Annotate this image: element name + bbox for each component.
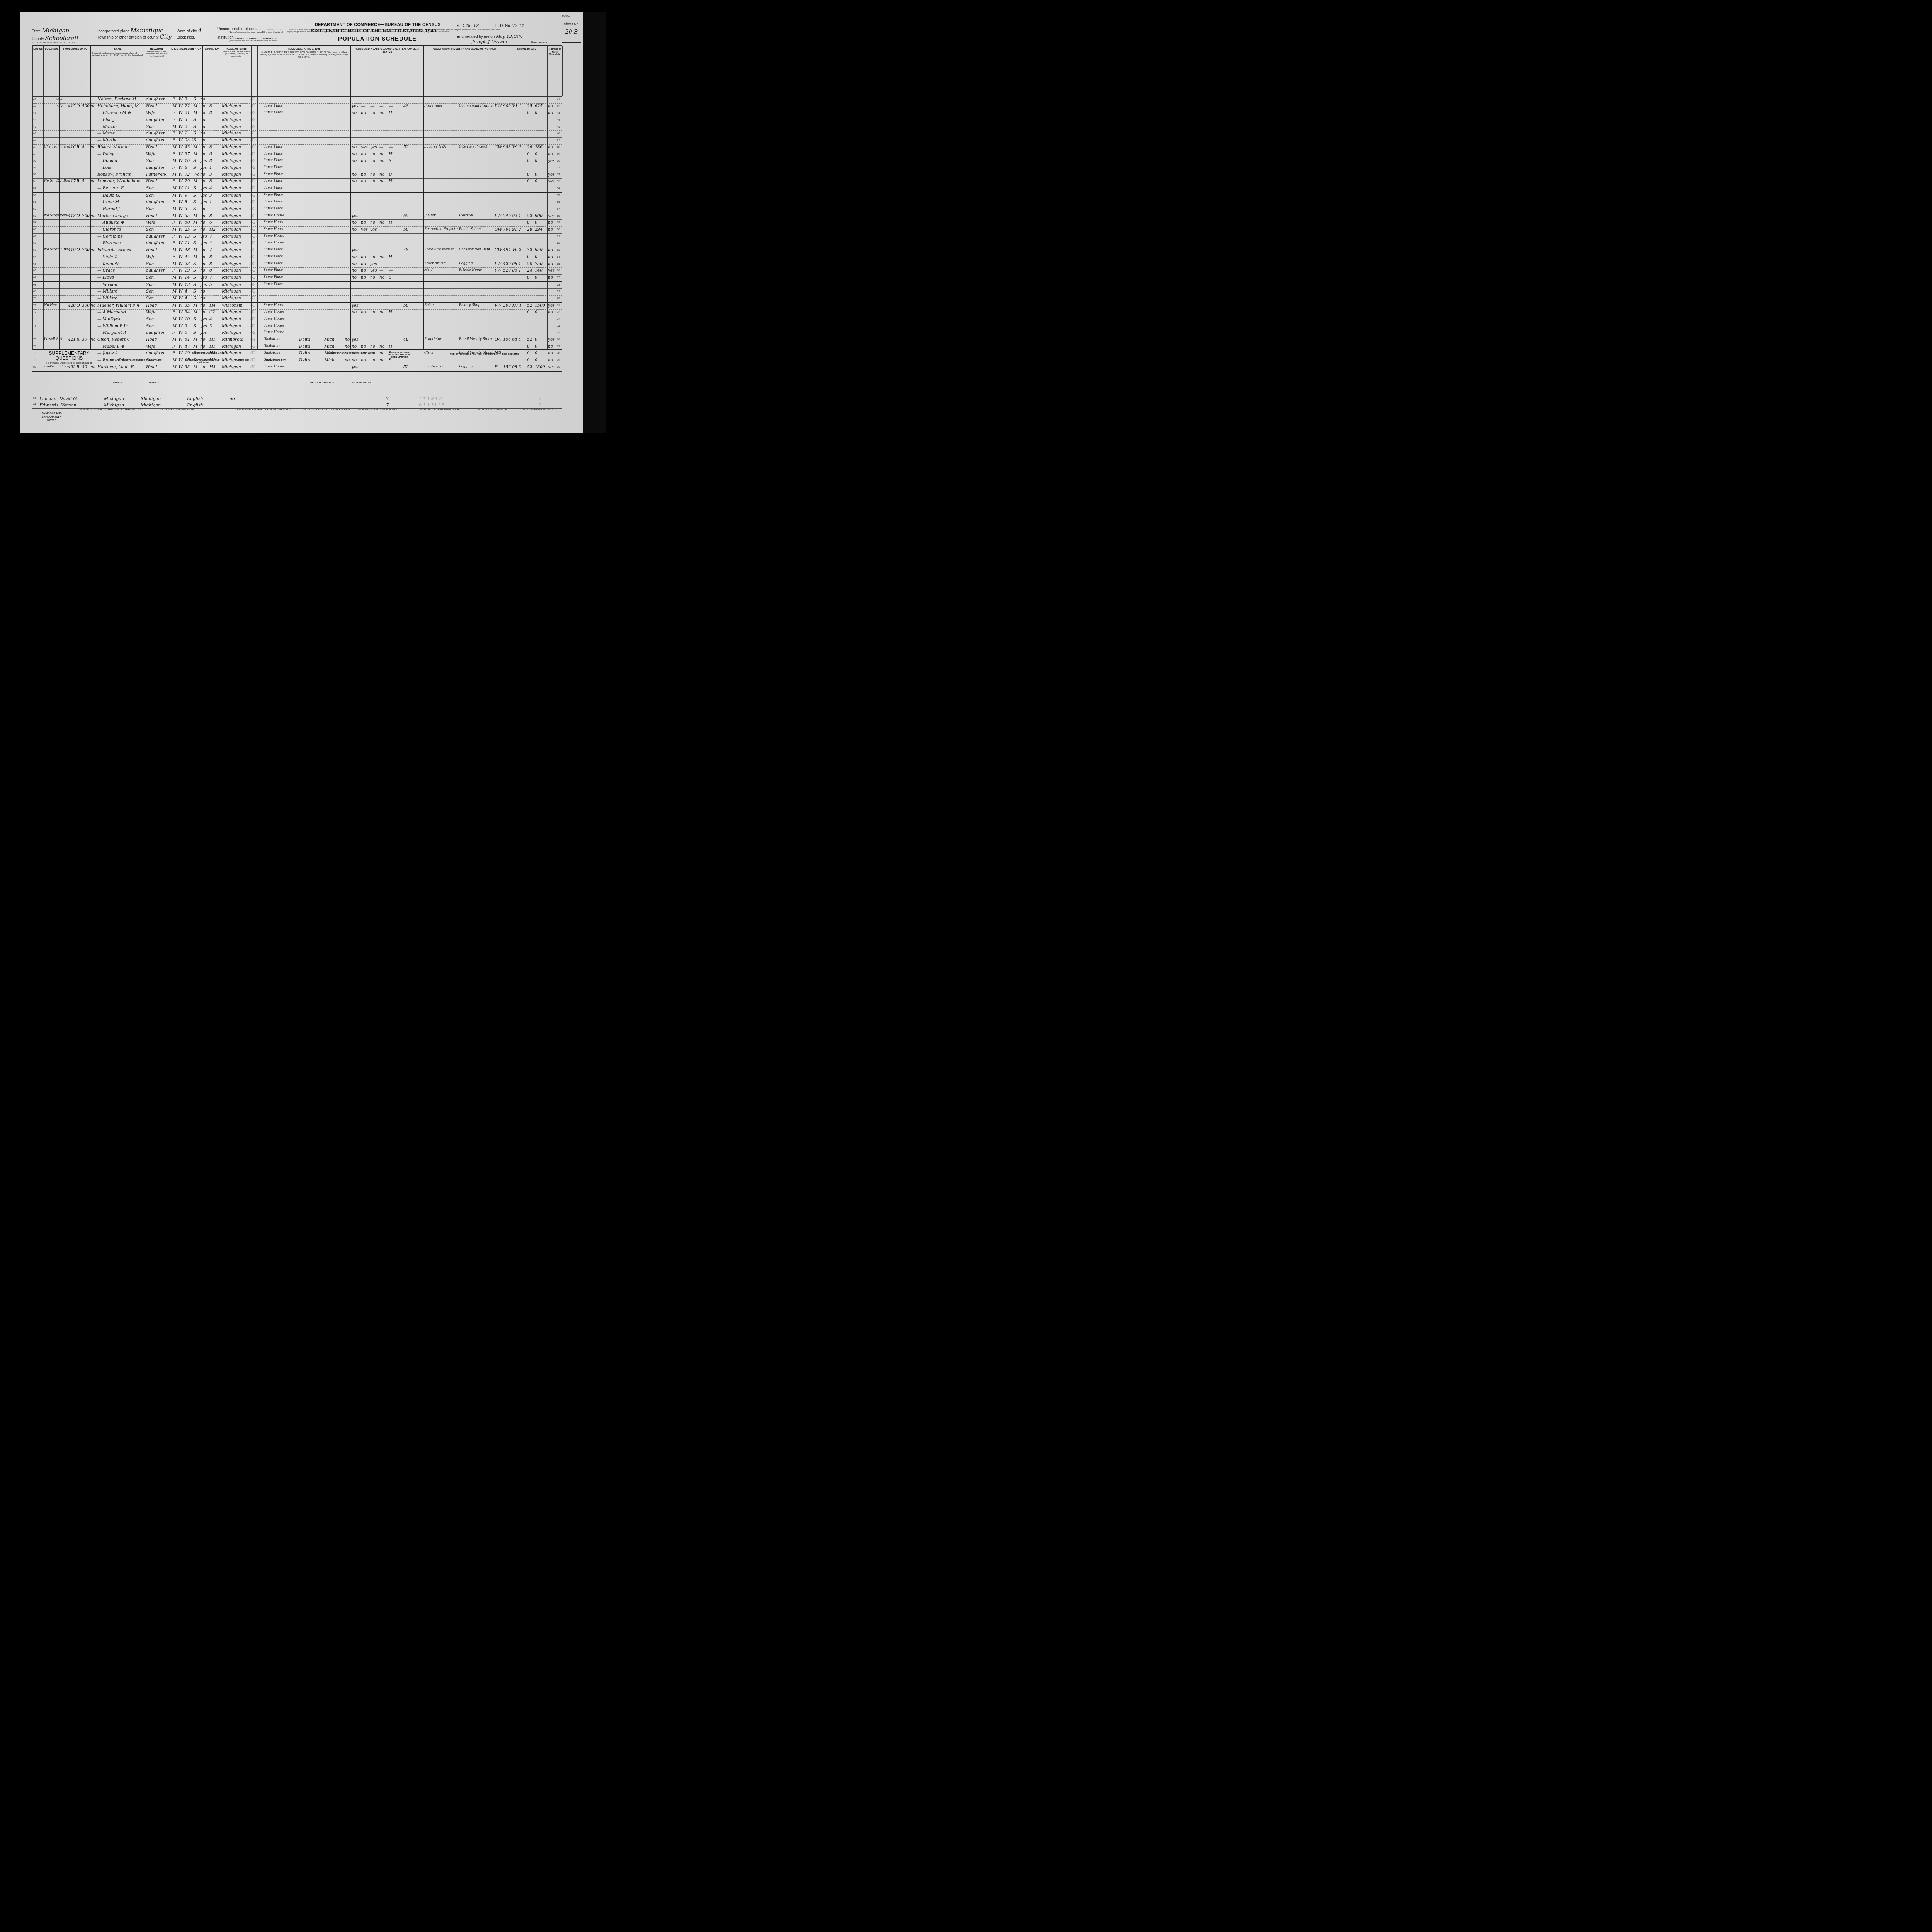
- table-row: 75— Margaret AdaughterFW6SyesMichigan62S…: [32, 330, 562, 337]
- residence-city-cell: Same Place: [264, 268, 298, 272]
- residence-city-cell: Same House: [264, 303, 298, 307]
- marital-cell: S: [193, 282, 199, 287]
- has-job-cell: no: [370, 172, 379, 177]
- table-row: 64— Viola ⊕WifeFW44Mno8Michigan62Same Pl…: [32, 254, 562, 261]
- occupation-cell: Janitor: [424, 214, 458, 218]
- relation-cell: Son: [146, 324, 168, 328]
- birthplace-cell: Michigan: [222, 344, 250, 349]
- seeking-work-cell: no: [361, 179, 370, 184]
- tenure-cell: R: [77, 179, 82, 184]
- relation-cell: Wife: [146, 152, 168, 156]
- race-cell: W: [179, 241, 184, 245]
- county-field: County Schoolcraft: [32, 35, 79, 42]
- sex-cell: M: [172, 214, 178, 218]
- line-number-right: 49: [555, 153, 562, 156]
- line-number-right: 53: [555, 180, 562, 183]
- birthplace-cell: Michigan: [222, 268, 250, 273]
- column-rule: [43, 45, 44, 350]
- birthplace-cell: Michigan: [222, 248, 250, 252]
- note-col24: Col. 24. DID THIS PERSON HAVE A JOB?: [419, 409, 460, 412]
- marital-cell: M: [193, 310, 199, 315]
- school-cell: no: [200, 138, 209, 143]
- marital-cell: M: [193, 111, 199, 115]
- industry-cell: Hospital: [459, 214, 494, 218]
- home-value-cell: 8: [82, 145, 91, 150]
- line-number-right: 45: [555, 126, 562, 128]
- weeks-worked-cell: 28: [527, 227, 535, 232]
- school-cell: no: [200, 131, 209, 136]
- relation-cell: daughter: [146, 241, 168, 245]
- race-cell: W: [179, 248, 184, 252]
- other-income-cell: no: [548, 344, 556, 349]
- name-cell: — Harold J: [97, 207, 145, 211]
- line-number-right: 62: [555, 242, 562, 245]
- residence-city-cell: Same House: [264, 220, 298, 224]
- other-income-cell: yes: [548, 268, 556, 273]
- tenure-cell: O: [77, 303, 82, 308]
- other-income-cell: no: [548, 310, 556, 315]
- enumerator-field: Joseph J. Vasson Enumerator: [472, 39, 547, 44]
- school-cell: no: [200, 255, 209, 259]
- col-occupation: OCCUPATION, INDUSTRY, AND CLASS OF WORKE…: [423, 46, 505, 96]
- name-cell: Lancour, Wendella ⊕: [97, 179, 145, 184]
- household-number-cell: 418: [68, 214, 77, 218]
- race-cell: W: [179, 97, 184, 102]
- name-cell: — Donald: [97, 158, 145, 163]
- table-body: 41contNelson, Darlene MdaughterFW3Sno624…: [32, 97, 562, 372]
- column-rule: [221, 45, 221, 350]
- grade-cell: H4: [209, 303, 216, 308]
- name-cell: — Geraldine: [97, 234, 145, 239]
- race-cell: W: [179, 310, 184, 315]
- birthplace-cell: Michigan: [222, 145, 250, 150]
- emergency-work-cell: no: [379, 344, 389, 349]
- relation-cell: daughter: [146, 117, 168, 122]
- note-col30: Col. 30. CLASS OF WORKER:: [477, 409, 507, 412]
- seeking-work-cell: no: [361, 275, 370, 280]
- school-cell: no: [200, 248, 209, 252]
- has-job-cell: no: [370, 220, 379, 225]
- name-cell: Holmberg, Henry M: [97, 104, 145, 109]
- relation-cell: Son: [146, 207, 168, 211]
- col-location: LOCATION: [43, 46, 59, 96]
- line-number-right: 43: [555, 112, 562, 114]
- occupation-code-cell: 740 92 1: [503, 214, 526, 218]
- relation-cell: Son: [146, 282, 168, 287]
- sex-cell: F: [172, 268, 178, 273]
- sex-cell: F: [172, 111, 178, 115]
- seeking-work-cell: no: [361, 310, 370, 315]
- name-cell: — Lloyd: [97, 275, 145, 280]
- sex-cell: F: [172, 138, 178, 143]
- school-cell: no: [200, 145, 209, 150]
- race-cell: W: [179, 158, 184, 163]
- sex-cell: M: [172, 324, 178, 328]
- at-work-cell: no: [352, 172, 361, 177]
- has-job-cell: —: [370, 248, 379, 252]
- symbols-title: SYMBOLS AND EXPLANATORY NOTES: [40, 412, 63, 422]
- block-field: Block Nos.: [177, 36, 195, 40]
- sex-cell: M: [172, 193, 178, 198]
- at-work-cell: yes: [352, 104, 361, 109]
- wages-cell: 1500: [535, 303, 548, 308]
- wages-cell: 0: [535, 310, 548, 315]
- wages-cell: 0: [535, 255, 548, 259]
- residence-city-cell: Same Place: [264, 172, 298, 176]
- sex-cell: M: [172, 227, 178, 232]
- table-row: 55— David G.SonMW9Syes3Michigan62Same Pl…: [32, 193, 562, 200]
- marital-cell: S: [193, 207, 199, 211]
- birthplace-cell: Michigan: [222, 234, 250, 239]
- name-cell: — A Margaret: [97, 310, 145, 315]
- wages-cell: 959: [535, 248, 548, 252]
- grade-cell: 1: [209, 165, 216, 170]
- name-cell: Edwards, Ernest: [97, 248, 145, 252]
- marital-cell: S: [193, 234, 199, 239]
- sex-cell: F: [172, 241, 178, 245]
- occupation-code-cell: 900 V1 1: [503, 104, 526, 109]
- wages-cell: 0: [535, 179, 548, 184]
- occupation-code-cell: 794 91 2: [503, 227, 526, 232]
- table-row: 68— VernonSonMW13Syes5Michigan62Same Pla…: [32, 282, 562, 289]
- race-cell: W: [179, 227, 184, 232]
- class-of-worker-cell: PW: [495, 268, 502, 273]
- occupation-code-cell: 494 V0 2: [503, 248, 526, 252]
- table-row: 58No Street numberJefferson Street418O70…: [32, 213, 562, 220]
- activity-cell: —: [389, 145, 395, 150]
- state-value: Michigan: [42, 27, 69, 34]
- seeking-work-cell: no: [361, 152, 370, 156]
- occupation-code-cell: 300 XV 1: [503, 303, 526, 308]
- table-row: 65— KennethSonMW23Sno8Michigan62Same Pla…: [32, 261, 562, 268]
- age-cell: 19: [185, 268, 193, 273]
- relation-cell: daughter: [146, 97, 168, 102]
- residence-city-cell: Same House: [264, 227, 298, 231]
- residence-city-cell: Same Place: [264, 158, 298, 162]
- line-number-right: 41: [555, 98, 562, 101]
- race-cell: W: [179, 324, 184, 328]
- industry-cell: Conservation Dept.: [459, 248, 494, 252]
- sex-cell: F: [172, 131, 178, 136]
- age-cell: 72: [185, 172, 193, 177]
- note-col16: Col. 16. CITIZENSHIP OF THE FOREIGN BORN…: [303, 409, 350, 412]
- sex-cell: F: [172, 255, 178, 259]
- office-use-heading: FOR OFFICE USE ONLY—DO NOT WRITE IN THES…: [427, 353, 543, 355]
- col-employment: PERSONS 14 YEARS OLD AND OVER—EMPLOYMENT…: [350, 46, 424, 96]
- farm-cell: no: [90, 145, 97, 150]
- has-job-cell: —: [370, 303, 379, 308]
- wages-cell: 0: [535, 344, 548, 349]
- emergency-work-cell: —: [379, 248, 389, 252]
- school-cell: no: [200, 344, 209, 349]
- relation-cell: Wife: [146, 310, 168, 315]
- has-job-cell: no: [370, 111, 379, 115]
- weeks-worked-cell: 52: [527, 337, 535, 342]
- at-work-cell: no: [352, 158, 361, 163]
- name-cell: — Mabel E ⊕: [97, 344, 145, 349]
- mother-tongue-heading: MOTHER TONGUE (OR NATIVE LANGUAGE): [185, 359, 220, 364]
- sex-cell: F: [172, 310, 178, 315]
- scan-edge: [583, 12, 606, 433]
- relation-cell: daughter: [146, 165, 168, 170]
- sex-cell: M: [172, 296, 178, 301]
- marital-cell: M: [193, 344, 199, 349]
- seeking-work-cell: no: [361, 262, 370, 266]
- relation-cell: Wife: [146, 111, 168, 115]
- race-cell: W: [179, 104, 184, 109]
- sex-cell: F: [172, 117, 178, 122]
- wages-cell: 0: [535, 152, 548, 156]
- relation-cell: Head: [146, 248, 168, 252]
- street-cell: No Street number: [44, 214, 57, 218]
- tenure-cell: O: [77, 104, 82, 109]
- home-value-cell: 700: [82, 248, 91, 252]
- explanatory-notes: SYMBOLS AND EXPLANATORY NOTES Col. 4. VA…: [32, 408, 562, 431]
- relation-cell: Son: [146, 275, 168, 280]
- line-number-right: 67: [555, 276, 562, 279]
- race-cell: W: [179, 179, 184, 184]
- at-work-cell: yes: [352, 214, 361, 218]
- sex-cell: M: [172, 124, 178, 129]
- race-cell: W: [179, 234, 184, 239]
- grade-cell: H1: [209, 344, 216, 349]
- sex-cell: M: [172, 248, 178, 252]
- age-cell: 48: [185, 248, 193, 252]
- line-number-right: 59: [555, 221, 562, 224]
- line-number-right: 76: [555, 338, 562, 341]
- sex-cell: M: [172, 262, 178, 266]
- table-row: 51— LoisdaughterFW8Syes1Michigan62Same P…: [32, 165, 562, 172]
- sex-cell: F: [172, 220, 178, 225]
- house-number-cell: 735: [56, 104, 68, 108]
- residence-county-cell: Delta: [299, 344, 323, 349]
- column-rule: [202, 45, 203, 350]
- hours-worked-cell: 48: [403, 248, 415, 252]
- relation-cell: Wife: [146, 344, 168, 349]
- has-job-cell: —: [370, 337, 379, 342]
- weeks-worked-cell: 0: [527, 255, 535, 259]
- name-cell: — Florence M ⊕: [97, 111, 145, 115]
- column-rule: [505, 45, 505, 350]
- hours-worked-cell: 50: [403, 227, 415, 232]
- has-job-cell: no: [370, 275, 379, 280]
- marital-cell: S: [193, 158, 199, 163]
- age-cell: 43: [185, 145, 193, 150]
- age-cell: 51: [185, 337, 193, 342]
- birthplace-cell: Michigan: [222, 104, 250, 109]
- at-work-cell: no: [352, 111, 361, 115]
- industry-cell: Bakery Shop: [459, 303, 494, 307]
- race-cell: W: [179, 303, 184, 308]
- house-number-cell: P.O. Box 35: [56, 248, 68, 252]
- school-cell: no: [200, 104, 209, 109]
- grade-cell: 7: [209, 234, 216, 239]
- farm-cell: no: [90, 337, 97, 342]
- weeks-worked-cell: 26: [527, 145, 535, 150]
- note-col14: Col. 14. HIGHEST GRADE OF SCHOOL COMPLET…: [237, 409, 291, 412]
- occupation-code-cell: 420 08 1: [503, 262, 526, 266]
- column-rule: [59, 45, 60, 350]
- industry-cell: City Park Project: [459, 145, 494, 149]
- occupation-code-cell: 520 86 1: [503, 268, 526, 273]
- age-cell: 55: [185, 214, 193, 218]
- line-number-right: 60: [555, 228, 562, 231]
- street-cell: No St. number: [44, 179, 57, 183]
- school-cell: yes: [200, 234, 209, 239]
- class-of-worker-cell: GW: [495, 227, 502, 232]
- grade-cell: 7: [209, 248, 216, 252]
- grade-cell: 1: [209, 200, 216, 204]
- race-cell: W: [179, 268, 184, 273]
- marital-cell: S: [193, 296, 199, 301]
- activity-cell: —: [389, 262, 395, 266]
- note-col10: Col. 10. COLOR OR RACE:: [116, 409, 143, 412]
- marital-cell: M: [193, 104, 199, 109]
- sex-cell: M: [172, 104, 178, 109]
- other-income-cell: yes: [548, 179, 556, 184]
- birthplace-cell: Michigan: [222, 282, 250, 287]
- occupation-cell: Maid: [424, 268, 458, 272]
- other-income-cell: no: [548, 262, 556, 266]
- marital-cell: S: [193, 193, 199, 198]
- industry-cell: Public School: [459, 227, 494, 231]
- emergency-work-cell: —: [379, 337, 389, 342]
- table-row: 53No St. numberP.O. Box 115417R5noLancou…: [32, 179, 562, 185]
- name-cell: Rivers, Norman: [97, 145, 145, 150]
- weeks-worked-cell: 0: [527, 111, 535, 115]
- line-number-right: 47: [555, 139, 562, 142]
- other-income-cell: no: [548, 111, 556, 115]
- home-value-cell: 30: [82, 337, 91, 342]
- house-number-cell: cont: [56, 97, 68, 101]
- name-cell: — Willard: [97, 296, 145, 301]
- line-number-right: 42: [555, 105, 562, 108]
- relation-cell: Son: [146, 193, 168, 198]
- name-cell: — Margaret A: [97, 330, 145, 335]
- sex-cell: F: [172, 97, 178, 102]
- table-row: 61— GeraldinedaughterFW13Syes7Michigan62…: [32, 234, 562, 241]
- age-cell: 6: [185, 330, 193, 335]
- line-number-right: 51: [555, 167, 562, 169]
- has-job-cell: no: [370, 179, 379, 184]
- activity-cell: H: [389, 344, 395, 349]
- name-cell: — William F Jr.: [97, 324, 145, 328]
- birthplace-cell: Michigan: [222, 138, 250, 143]
- birthplace-cell: Michigan: [222, 165, 250, 170]
- emergency-work-cell: —: [379, 268, 389, 273]
- unincorporated-field: Unincorporated place ...................…: [217, 27, 283, 34]
- residence-city-cell: Same House: [264, 324, 298, 328]
- age-cell: 2: [185, 124, 193, 129]
- birthplace-cell: Michigan: [222, 152, 250, 156]
- activity-cell: U: [389, 172, 395, 177]
- veterans-heading: VETERANS: [228, 359, 259, 362]
- line-number-right: 54: [555, 187, 562, 190]
- school-cell: yes: [200, 193, 209, 198]
- column-rule: [423, 45, 424, 350]
- age-cell: 16: [185, 158, 193, 163]
- age-cell: 9: [185, 193, 193, 198]
- birthplace-cell: Michigan: [222, 186, 250, 190]
- col-household: HOUSEHOLD DATA: [59, 46, 91, 96]
- weeks-worked-cell: 0: [527, 152, 535, 156]
- age-cell: 50: [185, 220, 193, 225]
- race-cell: W: [179, 131, 184, 136]
- school-cell: yes: [200, 241, 209, 245]
- birthplace-cell: Michigan: [222, 200, 250, 204]
- relation-cell: Wife: [146, 255, 168, 259]
- hours-worked-cell: 48: [403, 337, 415, 342]
- at-work-cell: yes: [352, 303, 361, 308]
- race-cell: W: [179, 289, 184, 294]
- has-job-cell: —: [370, 104, 379, 109]
- tenure-cell: R: [77, 337, 82, 342]
- seeking-work-cell: no: [361, 220, 370, 225]
- residence-city-cell: Same Place: [264, 275, 298, 279]
- line-number-right: 71: [555, 304, 562, 307]
- school-cell: no: [200, 310, 209, 315]
- name-cell: Olson, Robert C: [97, 337, 145, 342]
- name-cell: — Florence: [97, 241, 145, 245]
- weeks-worked-cell: 0: [527, 344, 535, 349]
- residence-city-cell: Same Place: [264, 186, 298, 190]
- birthplace-cell: Michigan: [222, 296, 250, 301]
- other-income-cell: no: [548, 255, 556, 259]
- name-cell: — Irene M: [97, 200, 145, 204]
- sex-cell: M: [172, 317, 178, 321]
- table-row: 54— Bernard ESonMW11Syes4Michigan62Same …: [32, 185, 562, 193]
- line-number-right: 58: [555, 215, 562, 218]
- age-cell: 10: [185, 317, 193, 321]
- sex-cell: M: [172, 158, 178, 163]
- industry-cell: Retail Variety Store: [459, 337, 494, 341]
- residence-city-cell: Same Place: [264, 193, 298, 197]
- farm-cell: no: [90, 248, 97, 252]
- school-cell: yes: [200, 200, 209, 204]
- weeks-worked-cell: 52: [527, 214, 535, 218]
- marital-cell: S: [193, 200, 199, 204]
- house-number-cell: no number: [56, 145, 68, 149]
- col-education: EDUCATION: [202, 46, 221, 96]
- weeks-worked-cell: 0: [527, 158, 535, 163]
- school-cell: no: [200, 337, 209, 342]
- name-cell: — Augusta ⊕: [97, 220, 145, 225]
- class-of-worker-cell: PW: [495, 214, 502, 218]
- age-cell: 3: [185, 117, 193, 122]
- weeks-worked-cell: 52: [527, 303, 535, 308]
- at-work-cell: no: [352, 220, 361, 225]
- column-rule: [350, 45, 351, 350]
- relation-cell: Father-in-law: [146, 172, 168, 177]
- occupation-cell: State Fire warden: [424, 248, 458, 252]
- table-row: 62— FlorencedaughterFW11Syes4Michigan62S…: [32, 240, 562, 247]
- name-cell: — Marie: [97, 131, 145, 136]
- name-cell: — Elva J.: [97, 117, 145, 122]
- street-cell: No House number: [44, 303, 57, 307]
- sex-cell: F: [172, 344, 178, 349]
- at-work-cell: no: [352, 152, 361, 156]
- marital-cell: S: [193, 124, 199, 129]
- school-cell: no: [200, 172, 209, 177]
- class-of-worker-cell: GW: [495, 145, 502, 150]
- activity-cell: H: [389, 152, 395, 156]
- grade-cell: 3: [209, 172, 216, 177]
- age-cell: 8: [185, 165, 193, 170]
- seeking-work-cell: no: [361, 111, 370, 115]
- grade-cell: 8: [209, 158, 216, 163]
- relation-cell: daughter: [146, 200, 168, 204]
- residence-city-cell: Same House: [264, 317, 298, 321]
